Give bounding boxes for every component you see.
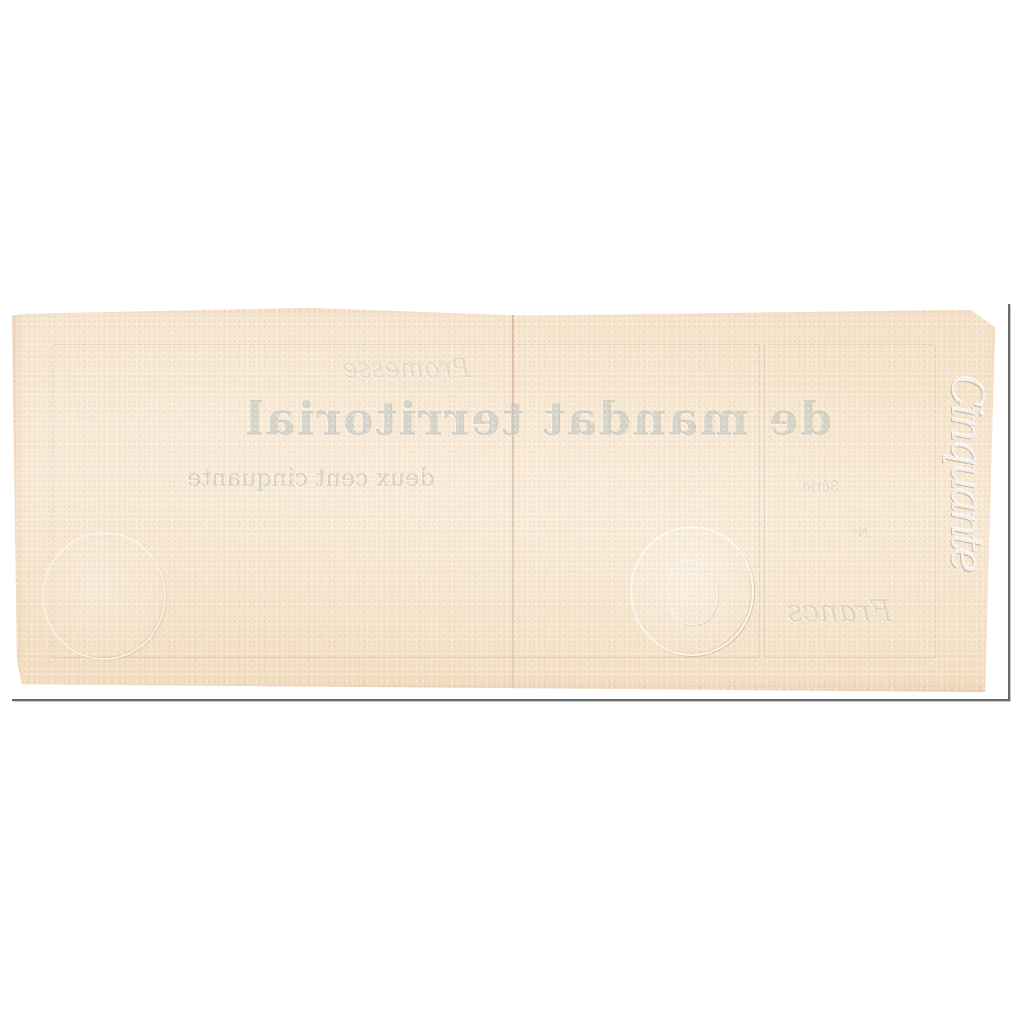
- banknote-reverse: Promesse de mandat territorial deux cent…: [12, 304, 1000, 692]
- seal-figure: [668, 560, 718, 625]
- embossed-seal-icon: [630, 526, 754, 656]
- show-through-signature: Francs: [787, 594, 892, 629]
- show-through-series: Série: [802, 479, 839, 495]
- embossed-border-script: Cinquante: [942, 374, 990, 674]
- show-through-top-script: Promesse: [342, 354, 470, 384]
- embossed-seal-left-icon: [42, 532, 166, 660]
- show-through-number: Nᵒ: [852, 526, 868, 541]
- show-through-value-line: deux cent cinquante: [187, 464, 435, 492]
- show-through-title: de mandat territorial: [244, 392, 832, 446]
